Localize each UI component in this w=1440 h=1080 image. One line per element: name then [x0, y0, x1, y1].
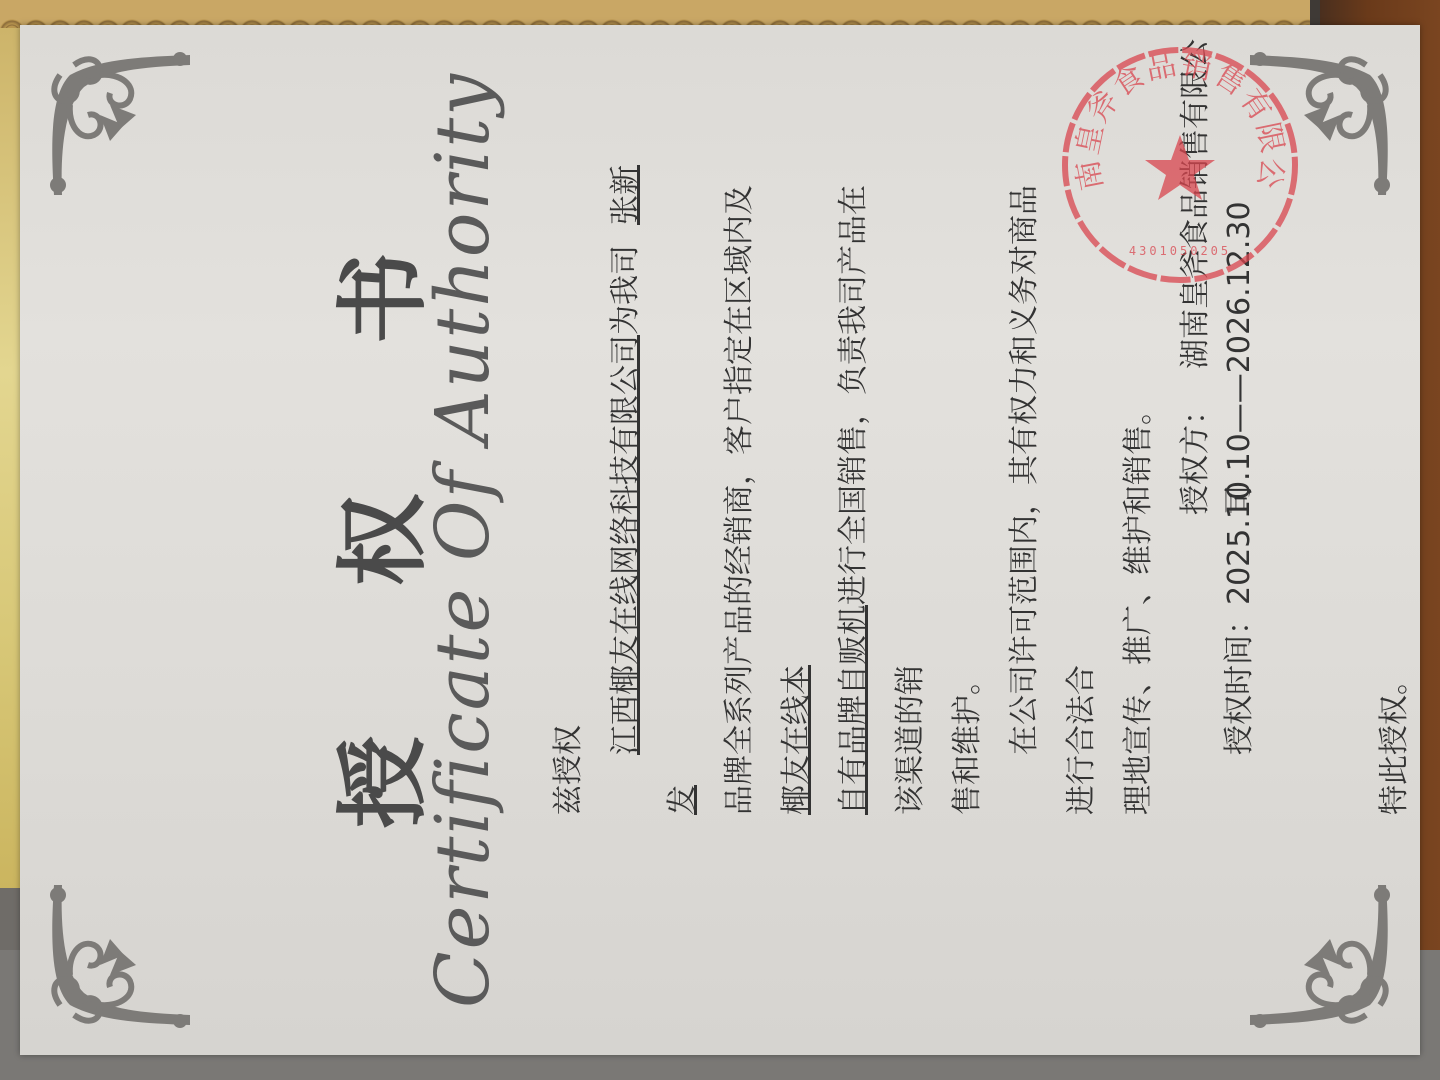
- corner-ornament-icon: [1240, 875, 1400, 1035]
- paragraph-1-line-4: 售和维护。: [939, 165, 996, 815]
- certificate-subtitle: Certificate Of Authority: [420, 25, 506, 1055]
- grantor-label: 授权方：: [1178, 395, 1213, 515]
- corner-ornament-icon: [40, 875, 200, 1035]
- certificate: 授权书 Certificate Of Authority 兹授权 江西椰友在线网…: [20, 25, 1420, 1055]
- paragraph-1-connector: 为我司: [608, 245, 643, 335]
- licensee-company: 江西椰友在线网络科技有限公司: [608, 335, 643, 755]
- paragraph-1-line-2: 品牌全系列产品的经销商，客户指定在区域内及椰友在线本: [711, 165, 825, 815]
- authorization-period-label: 授权时间：: [1222, 605, 1257, 755]
- company-seal-icon: 湖南皇斧食品销售有限公司 4301050205: [1055, 40, 1305, 290]
- corner-ornament-icon: [40, 45, 200, 205]
- svg-text:4301050205: 4301050205: [1129, 244, 1231, 258]
- paragraph-1-line-3: 自有品牌自贩机进行全国销售，负责我司产品在该渠道的销: [825, 165, 939, 815]
- paragraph-1-line-1: 江西椰友在线网络科技有限公司为我司张新发: [597, 165, 711, 815]
- greeting: 兹授权: [540, 165, 597, 815]
- closing-text: 特此授权。: [1366, 165, 1423, 815]
